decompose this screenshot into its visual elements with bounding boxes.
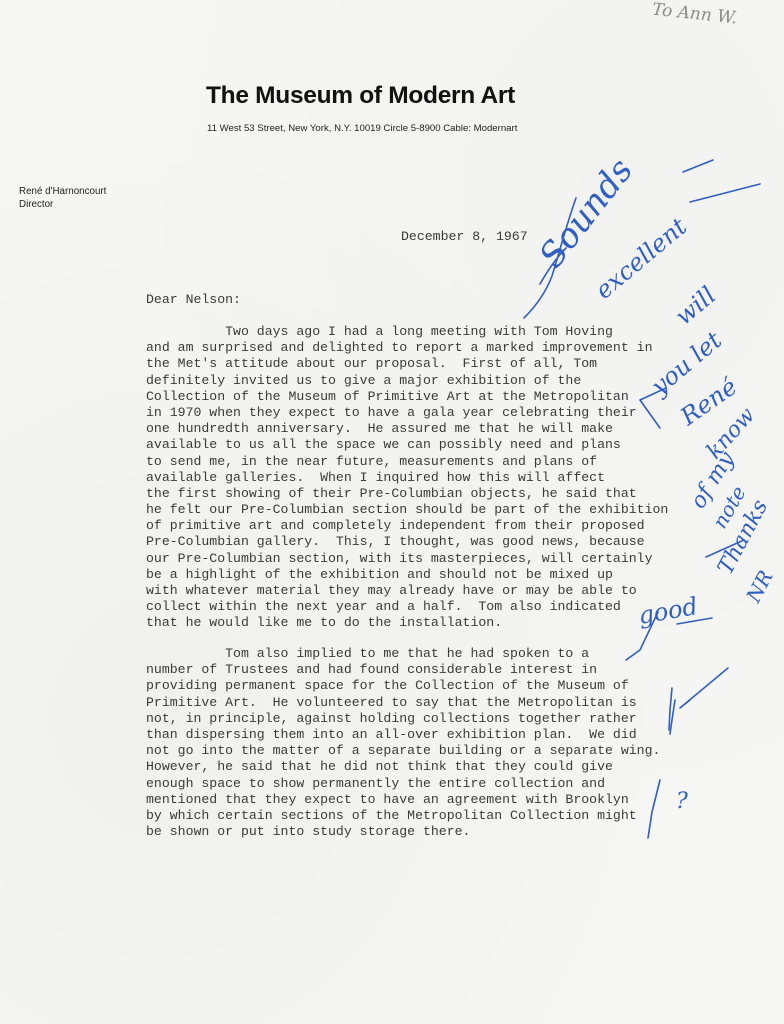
typed-line: Two days ago I had a long meeting with T…: [146, 324, 668, 340]
letter-date: December 8, 1967: [401, 229, 528, 244]
typed-line: of primitive art and completely independ…: [146, 518, 668, 534]
typed-line: number of Trustees and had found conside…: [146, 662, 660, 678]
typed-line: definitely invited us to give a major ex…: [146, 373, 668, 389]
typed-line: enough space to show permanently the ent…: [146, 776, 660, 792]
typed-line: collect within the next year and a half.…: [146, 599, 668, 615]
letter-page: To Ann W. The Museum of Modern Art 11 We…: [0, 0, 784, 1024]
ink-word-will: will: [670, 281, 721, 330]
typed-line: to send me, in the near future, measurem…: [146, 454, 668, 470]
letterhead-title: The Museum of Modern Art: [206, 82, 515, 110]
typed-line: available to us all the space we can pos…: [146, 437, 668, 453]
ink-word-nr: NR: [741, 566, 778, 607]
typed-line: than dispersing them into an all-over ex…: [146, 727, 660, 743]
sender-name: René d'Harnoncourt: [19, 185, 106, 198]
salutation: Dear Nelson:: [146, 292, 241, 307]
ink-question-mark: ?: [676, 789, 688, 814]
ink-word-excellent: excellent: [590, 212, 693, 304]
typed-line: not go into the matter of a separate bui…: [146, 743, 660, 759]
typed-line: Tom also implied to me that he had spoke…: [146, 646, 660, 662]
sender-block: René d'Harnoncourt Director: [19, 185, 106, 211]
typed-line: he felt our Pre-Columbian section should…: [146, 502, 668, 518]
ink-word-know: know: [702, 403, 761, 464]
ink-word-note: note: [708, 482, 751, 533]
typed-line: the Met's attitude about our proposal. F…: [146, 356, 668, 372]
ink-stroke-sounds: [524, 198, 576, 318]
ink-arrow: [680, 668, 728, 708]
ink-bracket-1: [669, 688, 672, 730]
paragraph-2: Tom also implied to me that he had spoke…: [146, 646, 660, 840]
typed-line: Pre-Columbian gallery. This, I thought, …: [146, 534, 668, 550]
typed-line: mentioned that they expect to have an ag…: [146, 792, 660, 808]
ink-word-of-my: of my: [686, 447, 740, 513]
typed-line: the first showing of their Pre-Columbian…: [146, 486, 668, 502]
letterhead-address: 11 West 53 Street, New York, N.Y. 10019 …: [207, 123, 517, 134]
typed-line: be shown or put into study storage there…: [146, 824, 660, 840]
typed-line: Primitive Art. He volunteered to say tha…: [146, 695, 660, 711]
typed-line: available galleries. When I inquired how…: [146, 470, 668, 486]
typed-line: be a highlight of the exhibition and sho…: [146, 567, 668, 583]
typed-line: However, he said that he did not think t…: [146, 759, 660, 775]
pencil-annotation: To Ann W.: [651, 0, 738, 28]
typed-line: and am surprised and delighted to report…: [146, 340, 668, 356]
typed-line: that he would like me to do the installa…: [146, 615, 668, 631]
ink-word-thanks: Thanks: [713, 496, 773, 579]
paragraph-1: Two days ago I had a long meeting with T…: [146, 324, 668, 632]
ink-word-sounds: Sounds: [532, 151, 642, 276]
typed-line: our Pre-Columbian section, with its mast…: [146, 551, 668, 567]
typed-line: in 1970 when they expect to have a gala …: [146, 405, 668, 421]
typed-line: with whatever material they may already …: [146, 583, 668, 599]
typed-line: one hundredth anniversary. He assured me…: [146, 421, 668, 437]
sender-title: Director: [19, 198, 106, 211]
typed-line: providing permanent space for the Collec…: [146, 678, 660, 694]
typed-line: by which certain sections of the Metropo…: [146, 808, 660, 824]
ink-word-rene: René: [675, 372, 743, 431]
typed-line: Collection of the Museum of Primitive Ar…: [146, 389, 668, 405]
typed-line: not, in principle, against holding colle…: [146, 711, 660, 727]
